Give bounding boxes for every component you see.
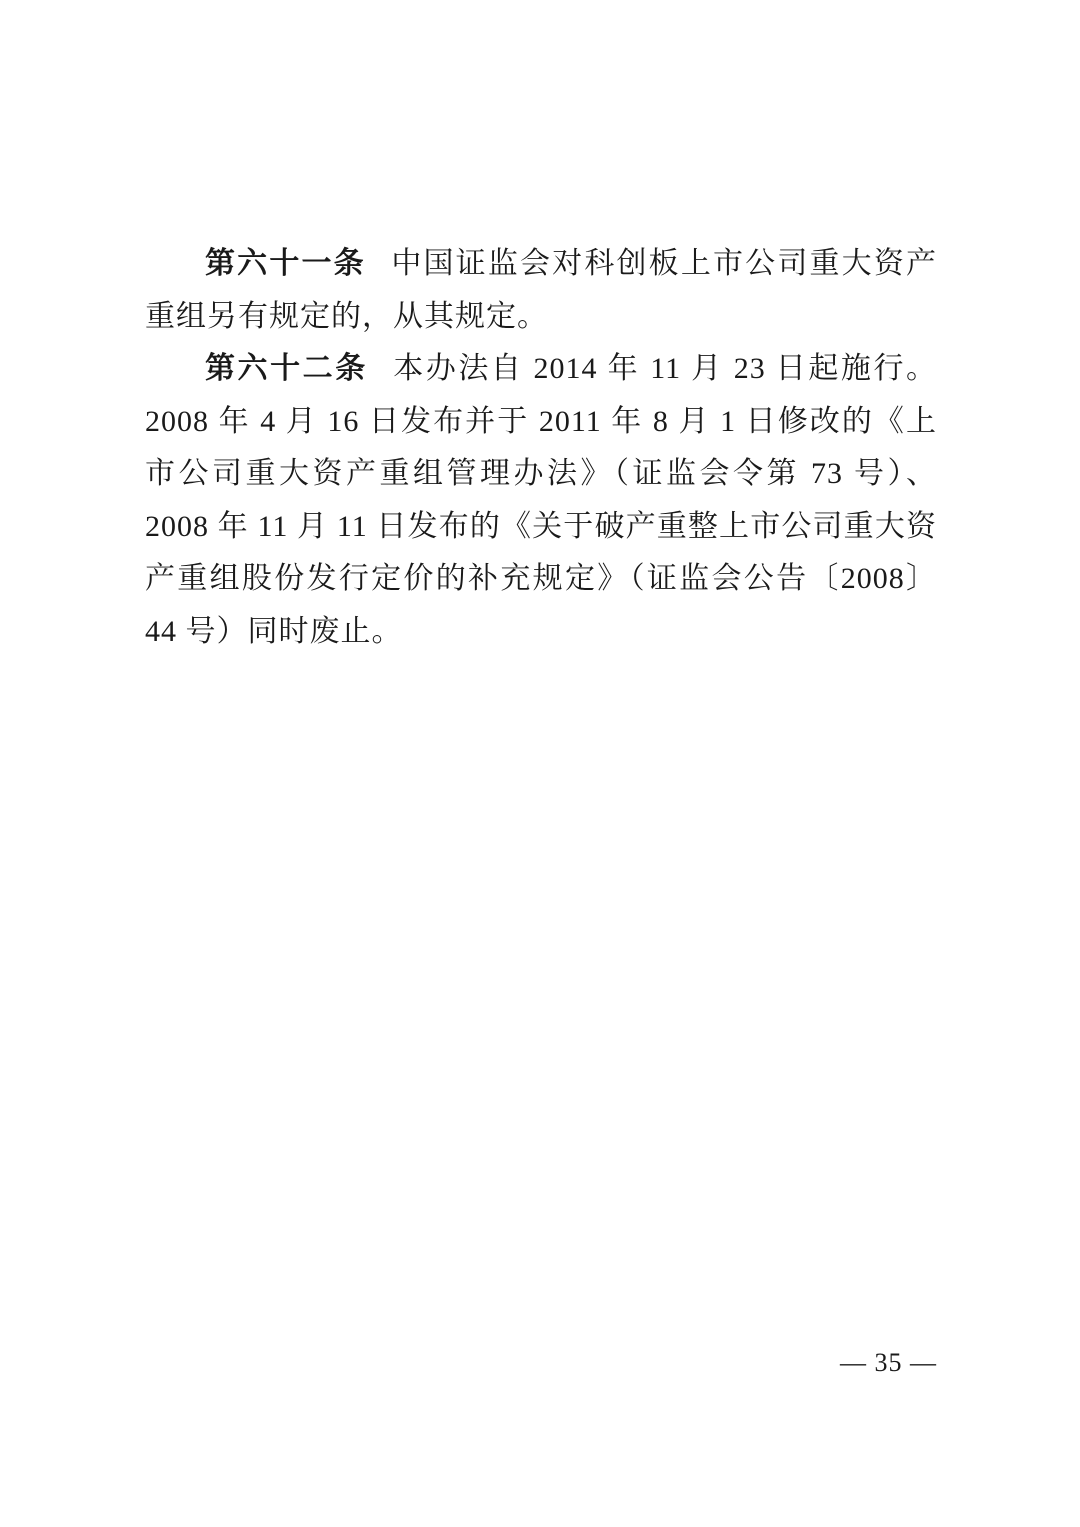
document-body: 第六十一条中国证监会对科创板上市公司重大资产重组另有规定的，从其规定。 第六十二… [145, 238, 937, 658]
page-number: — 35 — [840, 1348, 937, 1377]
article-61-label: 第六十一条 [205, 247, 391, 280]
article-62-paragraph: 第六十二条本办法自 2014 年 11 月 23 日起施行。2008 年 4 月… [145, 343, 937, 658]
page-footer: — 35 — [840, 1348, 937, 1378]
article-62-label: 第六十二条 [205, 352, 393, 385]
article-62-text: 本办法自 2014 年 11 月 23 日起施行。2008 年 4 月 16 日… [145, 352, 937, 648]
article-61-paragraph: 第六十一条中国证监会对科创板上市公司重大资产重组另有规定的，从其规定。 [145, 238, 937, 343]
document-page: 第六十一条中国证监会对科创板上市公司重大资产重组另有规定的，从其规定。 第六十二… [0, 0, 1080, 1527]
